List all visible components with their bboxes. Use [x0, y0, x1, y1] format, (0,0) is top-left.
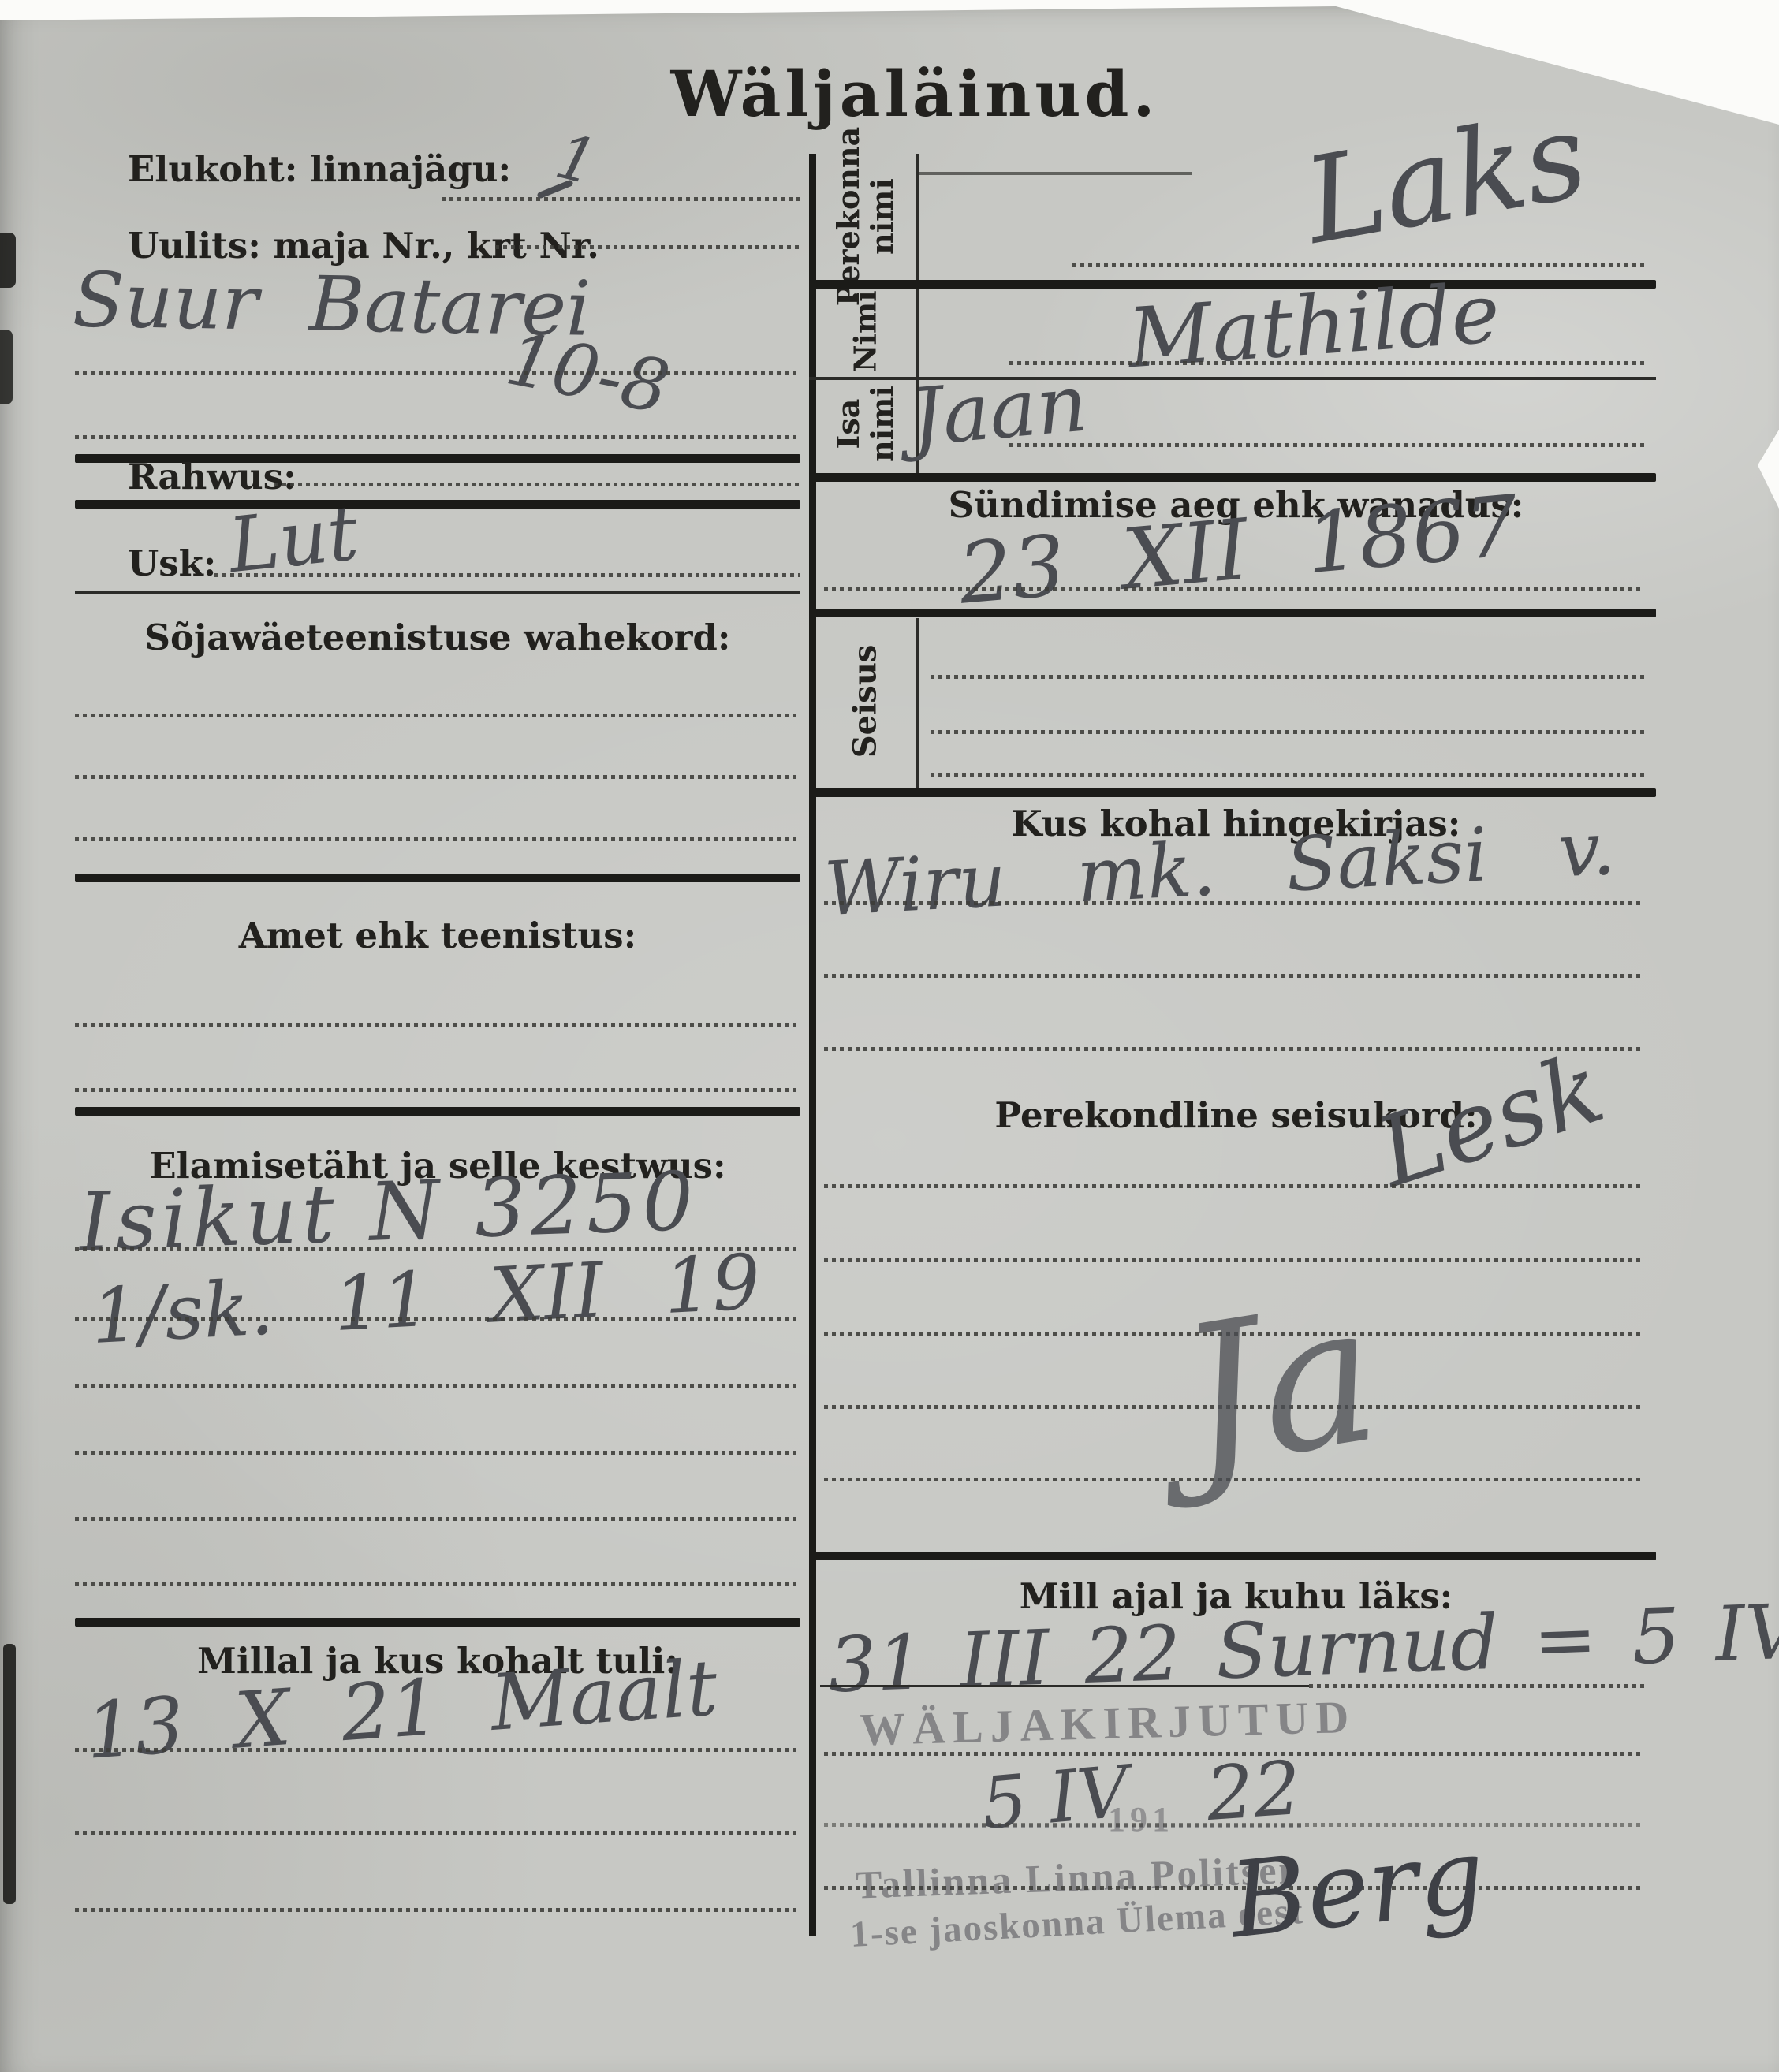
occupation-label: Amet ehk teenistus: [75, 915, 800, 956]
dotted-line [931, 675, 1644, 679]
thin-rule [75, 591, 800, 594]
thick-rule [75, 1107, 800, 1116]
father-vertical-label: Isa nimi [816, 380, 915, 468]
dotted-line [75, 1517, 800, 1521]
dotted-line [75, 1582, 800, 1586]
scan-edge-mark [0, 330, 13, 404]
dotted-line [75, 435, 800, 439]
dotted-line [824, 1184, 1644, 1188]
residence-label: Elukoht: linnajägu: [128, 148, 511, 190]
column-divider [809, 154, 816, 1936]
dotted-line [931, 730, 1644, 734]
status-vertical-label: Seisus [816, 618, 915, 784]
dotted-line [75, 714, 800, 717]
thick-rule [75, 500, 800, 509]
dotted-line [274, 483, 800, 486]
dotted-line [442, 197, 800, 201]
note-value: Ja [1166, 1260, 1392, 1512]
surname-vertical-label: Perekonna nimi [816, 158, 915, 276]
dotted-line [75, 1088, 800, 1092]
dotted-line [1009, 361, 1644, 365]
dotted-line [1309, 1684, 1644, 1688]
inner-divider [916, 618, 919, 788]
dotted-line [495, 245, 800, 249]
thin-rule [916, 172, 1192, 175]
name-vertical-label: Nimi [816, 290, 915, 373]
dotted-line [824, 587, 1644, 591]
scan-edge-mark [0, 233, 16, 288]
nationality-label: Rahwus: [128, 456, 296, 498]
dotted-line [1009, 443, 1644, 447]
dotted-line [75, 371, 800, 375]
thick-rule [75, 874, 800, 882]
dotted-line [75, 1317, 800, 1321]
dotted-line [824, 974, 1644, 978]
name-label-text: Nimi [848, 291, 882, 373]
dotted-line [75, 1908, 800, 1912]
thick-rule [809, 788, 1656, 797]
scanned-document-page: Wäljaläinud. Elukoht: linnajägu: 1 Uulit… [0, 0, 1779, 2072]
dotted-line [75, 1451, 800, 1455]
dotted-line [75, 1748, 800, 1752]
father-value: Jaan [907, 356, 1091, 464]
thick-rule [75, 1618, 800, 1627]
dotted-line [1072, 263, 1644, 267]
religion-label: Usk: [128, 542, 216, 584]
father-label-text: Isa nimi [832, 386, 899, 463]
thick-rule [809, 473, 1656, 482]
military-label: Sõjawäeteenistuse wahekord: [75, 617, 800, 658]
status-label-text: Seisus [848, 644, 883, 758]
stamp-year-print: 191 [1108, 1799, 1174, 1839]
dotted-line [75, 837, 800, 841]
dotted-line [75, 775, 800, 779]
dotted-line [75, 1831, 800, 1835]
dotted-line [824, 1258, 1644, 1262]
thin-rule [820, 1685, 1309, 1687]
dotted-line [214, 573, 800, 577]
dotted-line [75, 1384, 800, 1388]
thick-rule [809, 609, 1656, 617]
scan-edge-mark [3, 1644, 16, 1904]
dotted-line [75, 1023, 800, 1027]
thick-rule [809, 1552, 1656, 1560]
dotted-line [824, 1823, 1644, 1827]
dotted-line [824, 1047, 1644, 1051]
dotted-line [931, 773, 1644, 777]
dotted-line [824, 901, 1644, 905]
